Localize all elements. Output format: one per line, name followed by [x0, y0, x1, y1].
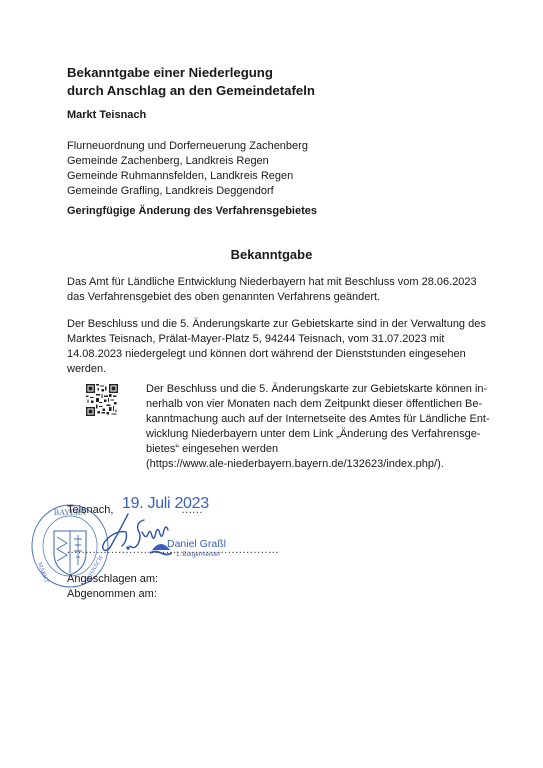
- posting-block: Angeschlagen am: Abgenommen am:: [67, 572, 158, 602]
- paragraph-line: wicklung Niederbayern unter dem Link „Än…: [146, 427, 491, 442]
- paragraph-line: Marktes Teisnach, Prälat-Mayer-Platz 5, …: [67, 332, 487, 347]
- notice-page: Bekanntgabe einer Niederlegung durch Ans…: [0, 0, 543, 768]
- title-line-1: Bekanntgabe einer Niederlegung: [67, 64, 315, 82]
- paragraph-line: das Verfahrensgebiet des oben genannten …: [67, 290, 487, 305]
- paragraph-line: 14.08.2023 niedergelegt und können dort …: [67, 347, 487, 362]
- paragraph-line: nerhalb von vier Monaten nach dem Zeitpu…: [146, 397, 491, 412]
- paragraph-line: Das Amt für Ländliche Entwicklung Nieder…: [67, 275, 487, 290]
- section-heading: Bekanntgabe: [0, 247, 543, 263]
- project-block: Flurneuordnung und Dorferneuerung Zachen…: [67, 139, 308, 199]
- authority-name: Markt Teisnach: [67, 108, 146, 122]
- project-line: Flurneuordnung und Dorferneuerung Zachen…: [67, 139, 308, 154]
- title-line-2: durch Anschlag an den Gemeindetafeln: [67, 82, 315, 100]
- document-title: Bekanntgabe einer Niederlegung durch Ans…: [67, 64, 315, 100]
- project-line: Gemeinde Zachenberg, Landkreis Regen: [67, 154, 308, 169]
- ale-link[interactable]: (https://www.ale-niederbayern.bayern.de/…: [146, 457, 491, 472]
- removed-label: Abgenommen am:: [67, 587, 158, 602]
- paragraph-resolution: Das Amt für Ländliche Entwicklung Nieder…: [67, 275, 487, 305]
- subject-line: Geringfügige Änderung des Verfahrensgebi…: [67, 204, 317, 218]
- paragraph-deposit: Der Beschluss und die 5. Änderungskarte …: [67, 317, 487, 377]
- paragraph-line: werden.: [67, 362, 487, 377]
- project-line: Gemeinde Grafling, Landkreis Deggendorf: [67, 184, 308, 199]
- paragraph-online: Der Beschluss und die 5. Änderungskarte …: [146, 382, 491, 472]
- qr-code-icon[interactable]: [86, 384, 118, 416]
- paragraph-line: Der Beschluss und die 5. Änderungskarte …: [67, 317, 487, 332]
- paragraph-line: kanntmachung auch auf der Internetseite …: [146, 412, 491, 427]
- posted-label: Angeschlagen am:: [67, 572, 158, 587]
- paragraph-line: Der Beschluss und die 5. Änderungskarte …: [146, 382, 491, 397]
- project-line: Gemeinde Ruhmannsfelden, Landkreis Regen: [67, 169, 308, 184]
- svg-text:MARKT: MARKT: [36, 562, 49, 585]
- signature-dots: ........................................…: [67, 544, 279, 556]
- paragraph-line: bietes“ eingesehen werden: [146, 442, 491, 457]
